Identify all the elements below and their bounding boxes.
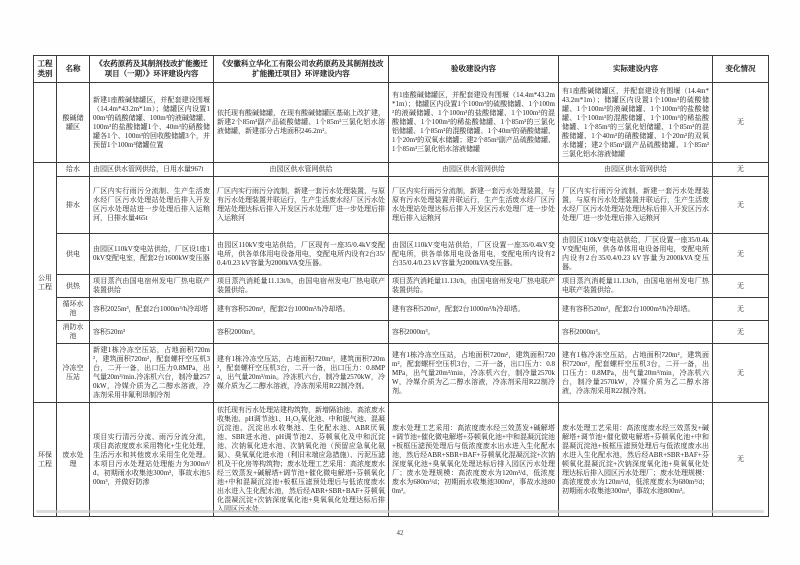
acceptance-cell: 建有容积520m³，配套2台1000m³/h冷却塔。	[389, 298, 559, 321]
name-cell: 排水	[57, 177, 90, 234]
table-row: 酸碱储罐区新建1座酸碱储罐区，并配套建设围堰（14.4m*43.2m*1m）；储…	[34, 83, 769, 163]
name-cell: 冷冻空压站	[57, 344, 90, 403]
document-page: 工程类别名称《农药原药及其制剂技改扩能搬迁项目（一期）》环评建设内容《安徽科立华…	[0, 0, 800, 565]
name-cell: 供电	[57, 234, 90, 275]
actual-cell: 有1座酸碱储罐区，并配套建设有围堰（14.4m*43.2m*1m）；储罐区内设置…	[559, 83, 713, 163]
table-header-row: 工程类别名称《农药原药及其制剂技改扩能搬迁项目（一期）》环评建设内容《安徽科立华…	[34, 56, 769, 83]
acceptance-cell: 项目蒸汽消耗量11.13t/h，由国电宿州发电厂热电联产装置供给。	[389, 275, 559, 298]
eia-phase1-cell: 由园区供水管网供给，日用水量967t	[90, 163, 214, 177]
eia-phase1-cell: 容积2025m³，配套2台1000m³/h冷却塔	[90, 298, 214, 321]
eia-full-cell: 由园区供水管网供给	[214, 163, 389, 177]
table-row: 公用工程给水由园区供水管网供给，日用水量967t由园区供水管网供给由园区供水管网…	[34, 163, 769, 177]
eia-phase1-cell: 厂区内实行雨污分流制、生产生活废水经厂区污水处理站处理后排入开发区污水处理站进一…	[90, 177, 214, 234]
change-cell: 无	[713, 321, 769, 344]
scan-shadow-artifact	[36, 510, 764, 513]
eia-phase1-cell: 项目蒸汽由国电宿州发电厂热电联产装置供给	[90, 275, 214, 298]
actual-cell: 建有容积520m³，配套2台1000m³/h冷却塔。	[559, 298, 713, 321]
eia-phase1-cell: 由园区110kV变电站供给，厂区设1座10kV变配电室，配套2台1600kW变压…	[90, 234, 214, 275]
acceptance-cell: 建有1栋冷冻空压站，占地面积720m²，建筑面积720m²，配套螺杆空压机3台，…	[389, 344, 559, 403]
eia-full-cell: 建有1栋冷冻空压站，占地面积720m²，建筑面积720m²，配套螺杆空压机3台，…	[214, 344, 389, 403]
eia-phase1-cell: 新建1栋冷冻空压站，占地面积720m²，建筑面积720m²，配套螺杆空压机3台，…	[90, 344, 214, 403]
eia-full-cell: 厂区内实行雨污分流制，新建一套污水处理装置，与原有污水处理装置并联运行，生产生活…	[214, 177, 389, 234]
eia-full-cell: 由园区110kV变电站供给，厂区现有一座35/0.4kV变配电所，供各单体用电设…	[214, 234, 389, 275]
actual-cell: 厂区内实行雨污分流制，新建一套污水处理装置，与原有污水处理装置并联运行，生产生活…	[559, 177, 713, 234]
category-cell	[34, 83, 57, 163]
actual-cell: 建有1栋冷冻空压站，占地面积720m²，建筑面积720m²，配套螺杆空压机3台，…	[559, 344, 713, 403]
category-cell: 环保工程	[34, 403, 57, 517]
name-cell: 消防水池	[57, 321, 90, 344]
eia-phase1-cell: 容积520m³	[90, 321, 214, 344]
column-header-0: 工程类别	[34, 56, 57, 83]
actual-cell: 由园区供水管网供给	[559, 163, 713, 177]
name-cell: 酸碱储罐区	[57, 83, 90, 163]
acceptance-cell: 容积2000m³。	[389, 321, 559, 344]
acceptance-cell: 厂区内实行雨污分流制，新建一套污水处理装置，与原有污水处理装置并联运行，生产生活…	[389, 177, 559, 234]
column-header-2: 《农药原药及其制剂技改扩能搬迁项目（一期）》环评建设内容	[90, 56, 214, 83]
name-cell: 供热	[57, 275, 90, 298]
column-header-4: 验收建设内容	[389, 56, 559, 83]
name-cell: 给水	[57, 163, 90, 177]
column-header-3: 《安徽科立华化工有限公司农药原药及其制剂技改扩能搬迁项目》环评建设内容	[214, 56, 389, 83]
category-cell: 公用工程	[34, 163, 57, 403]
acceptance-cell: 有1座酸碱储罐区，并配套建设有围堰（14.4m*43.2m*1m）；储罐区内设置…	[389, 83, 559, 163]
table-row: 冷冻空压站新建1栋冷冻空压站，占地面积720m²，建筑面积720m²，配套螺杆空…	[34, 344, 769, 403]
eia-full-cell: 项目蒸汽消耗量11.13t/h，由国电宿州发电厂热电联产装置供给。	[214, 275, 389, 298]
actual-cell: 由园区110kV变电站供给，厂区设置一座35/0.4kV变配电所，供各单体用电设…	[559, 234, 713, 275]
acceptance-cell: 废水处理工艺采用：高浓度废水经三效蒸发+碱解塔+调节池+催化微电解塔+芬顿氧化池…	[389, 403, 559, 517]
table-row: 供电由园区110kV变电站供给，厂区设1座10kV变配电室，配套2台1600kW…	[34, 234, 769, 275]
table-row: 消防水池容积520m³容积2000m³。容积2000m³。容积2000m³。无	[34, 321, 769, 344]
change-cell: 无	[713, 298, 769, 321]
change-cell: 无	[713, 403, 769, 517]
page-number: 42	[0, 529, 800, 537]
construction-content-table: 工程类别名称《农药原药及其制剂技改扩能搬迁项目（一期）》环评建设内容《安徽科立华…	[33, 55, 769, 517]
acceptance-cell: 由园区110kV变电站供给，厂区设置一座35/0.4kV变配电所，供各单体用电设…	[389, 234, 559, 275]
eia-full-cell: 容积2000m³。	[214, 321, 389, 344]
eia-phase1-cell: 项目实行清污分流、雨污分流分流，项目高浓度废水采用物化+生化处理，生活污水和其他…	[90, 403, 214, 517]
change-cell: 无	[713, 83, 769, 163]
table-row: 排水厂区内实行雨污分流制、生产生活废水经厂区污水处理站处理后排入开发区污水处理站…	[34, 177, 769, 234]
change-cell: 无	[713, 163, 769, 177]
change-cell: 无	[713, 275, 769, 298]
eia-full-cell: 依托现有污水处理站建构筑物，新增隔油池、高浓废水收集池、pH调节池1、H₂O₂氧…	[214, 403, 389, 517]
column-header-6: 变化情况	[713, 56, 769, 83]
eia-full-cell: 依托现有酸碱储罐，在现有酸碱储罐区基础上改扩建，新建2个85m³副产品硫酸储罐、…	[214, 83, 389, 163]
eia-phase1-cell: 新建1座酸碱储罐区，并配套建设围堰（14.4m*43.2m*1m）；储罐区内设置…	[90, 83, 214, 163]
actual-cell: 容积2000m³。	[559, 321, 713, 344]
acceptance-cell: 由园区供水管网供给	[389, 163, 559, 177]
actual-cell: 项目蒸汽消耗量11.13t/h，由国电宿州发电厂热电联产装置供给。	[559, 275, 713, 298]
column-header-1: 名称	[57, 56, 90, 83]
column-header-5: 实际建设内容	[559, 56, 713, 83]
actual-cell: 废水处理工艺采用：高浓度废水经三效蒸发+碱解塔+调节池+催化微电解塔+芬顿氧化池…	[559, 403, 713, 517]
table-row: 供热项目蒸汽由国电宿州发电厂热电联产装置供给项目蒸汽消耗量11.13t/h，由国…	[34, 275, 769, 298]
change-cell: 无	[713, 234, 769, 275]
table-row: 循环水池容积2025m³，配套2台1000m³/h冷却塔建有容积520m³，配套…	[34, 298, 769, 321]
change-cell: 无	[713, 344, 769, 403]
eia-full-cell: 建有容积520m³，配套2台1000m³/h冷却塔。	[214, 298, 389, 321]
name-cell: 循环水池	[57, 298, 90, 321]
table-row: 环保工程废水处理项目实行清污分流、雨污分流分流，项目高浓度废水采用物化+生化处理…	[34, 403, 769, 517]
change-cell: 无	[713, 177, 769, 234]
name-cell: 废水处理	[57, 403, 90, 517]
